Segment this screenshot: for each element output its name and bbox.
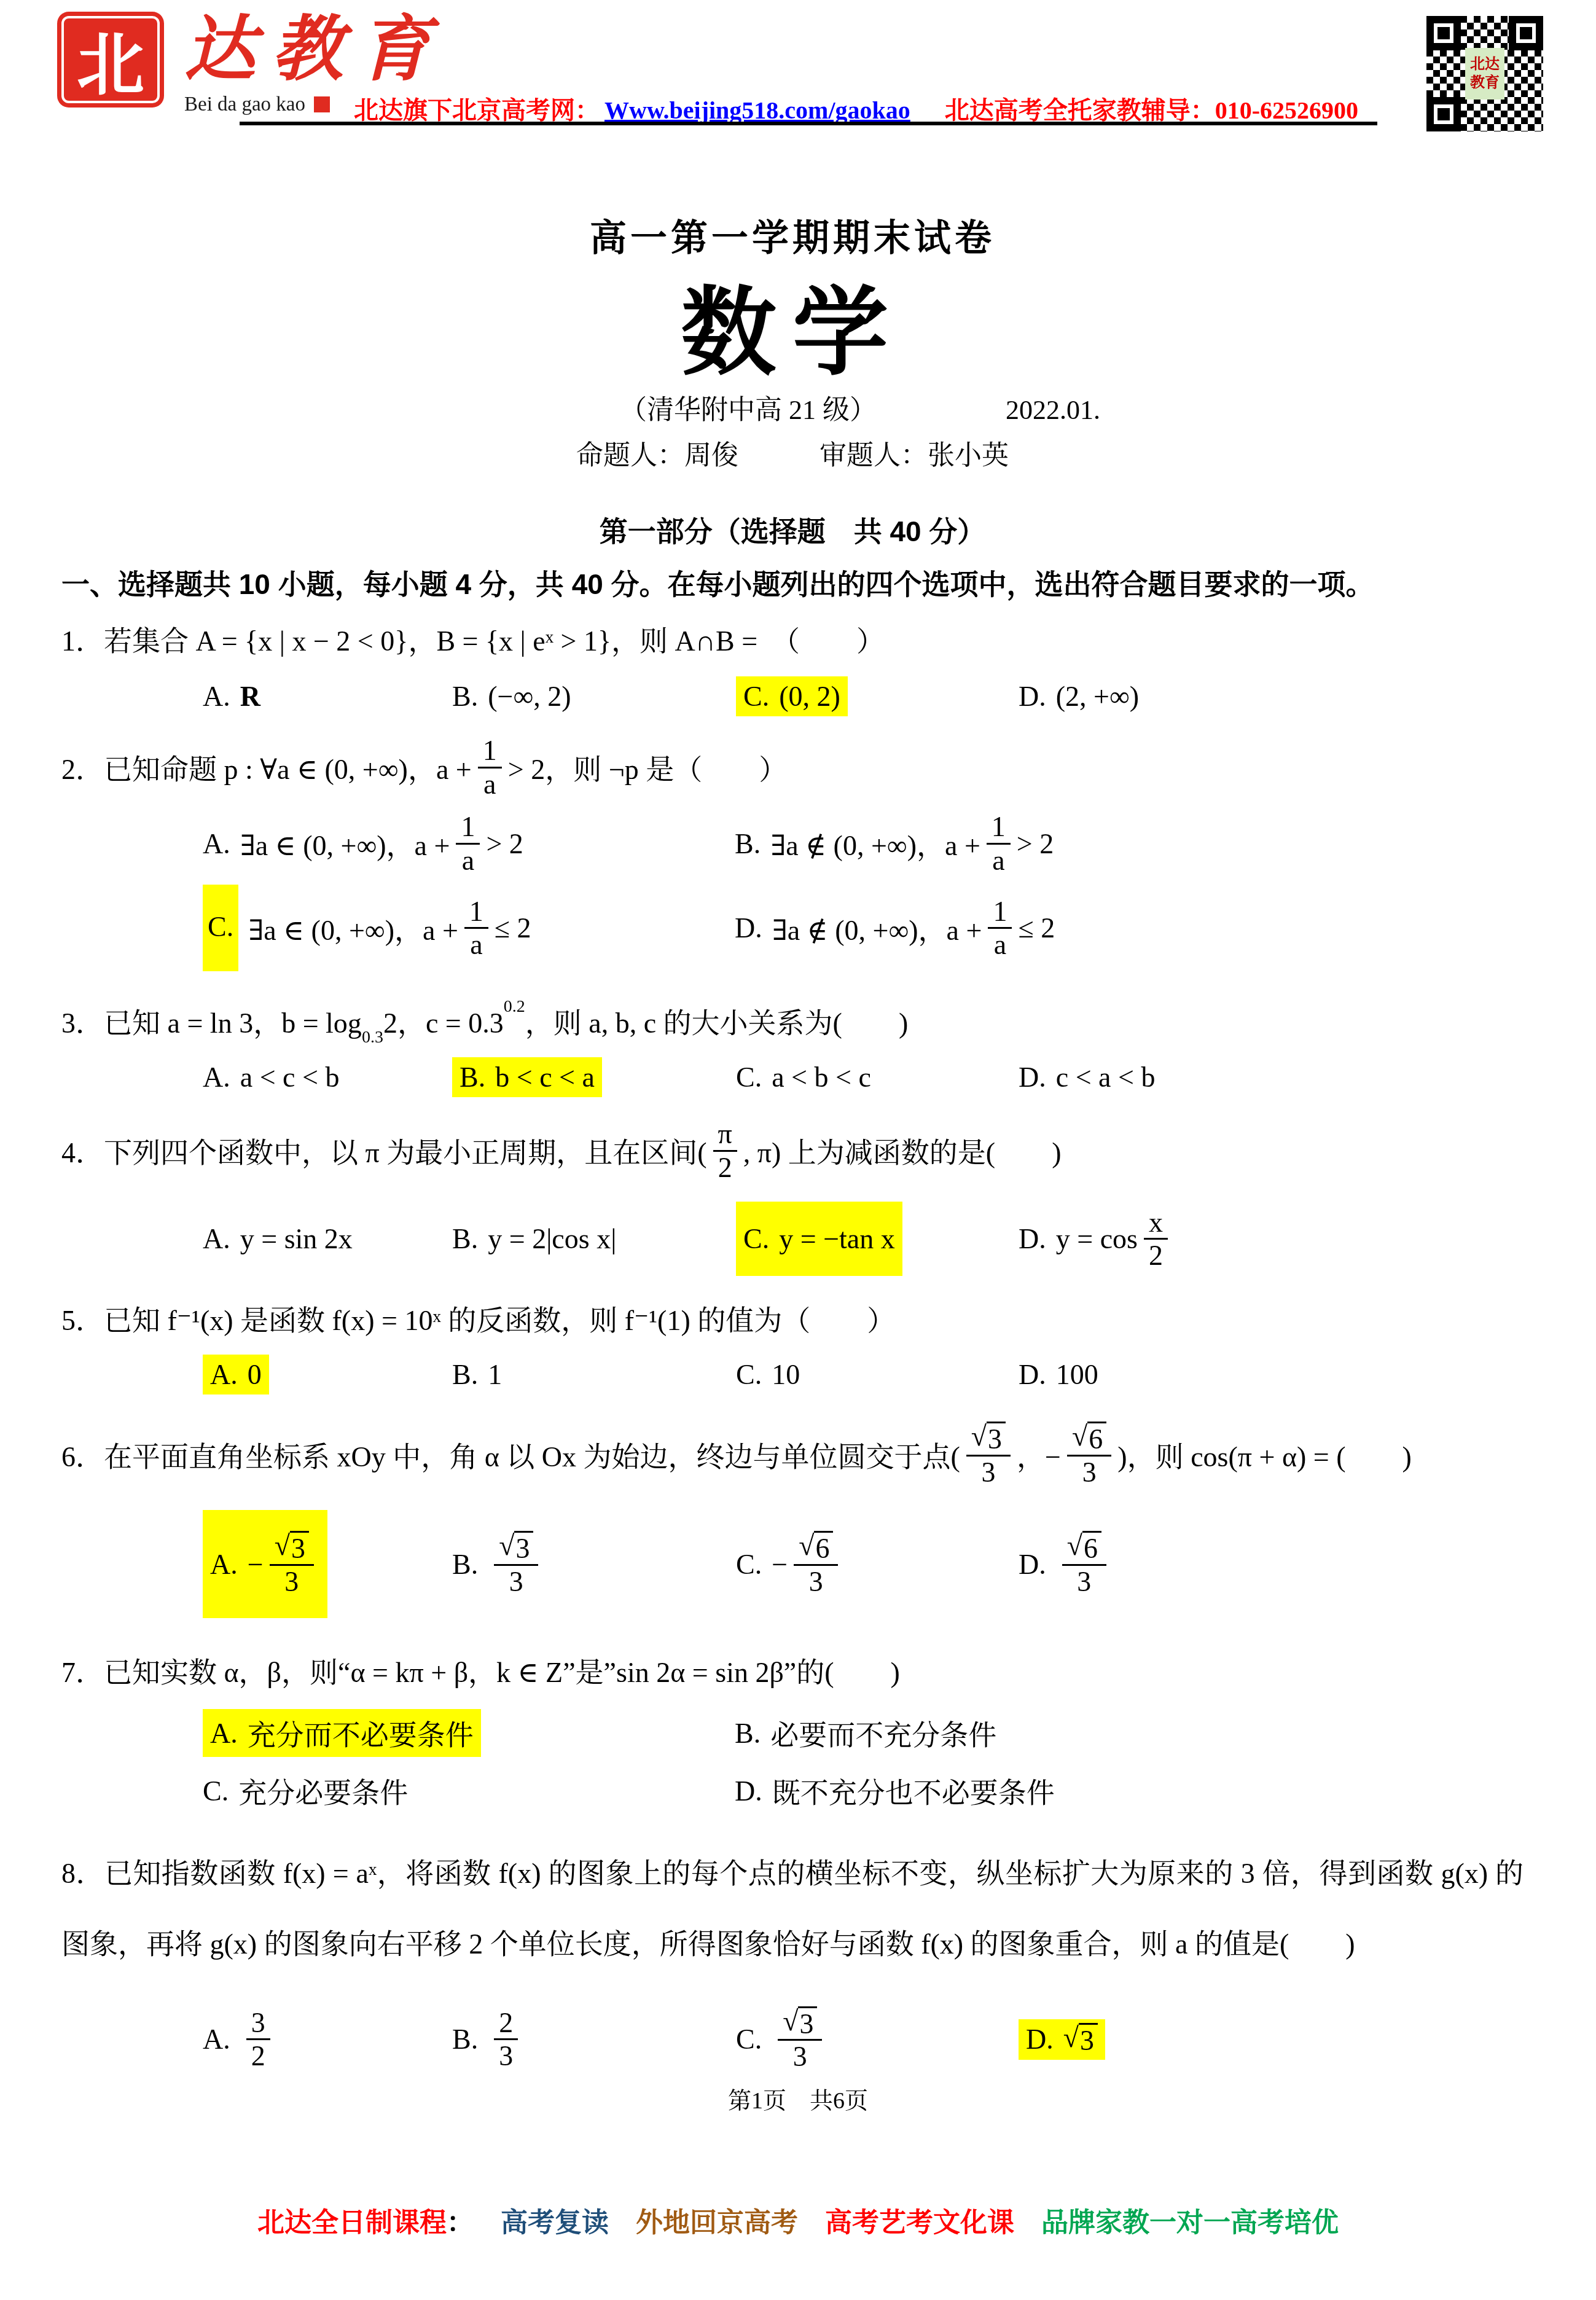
sqrt-sign: √ <box>499 1531 514 1560</box>
q3-stem: 3．已知 a = ln 3，b = log0.3 2，c = 0.30.2，则 … <box>61 1001 1524 1041</box>
option-label: D. <box>1019 1358 1046 1391</box>
option-label: A. <box>210 1548 238 1581</box>
fraction: 1a <box>987 811 1011 876</box>
option-label: B. <box>452 1222 478 1255</box>
option-value: 充分而不必要条件 <box>248 1713 474 1753</box>
promo-item-yikao: 高考艺考文化课 <box>825 2200 1014 2240</box>
exam-page: 北 达教育 Bei da gao kao 北达旗下北京高考网：Www.beiji… <box>0 0 1596 2300</box>
sqrt-expression: √3 <box>275 1531 309 1563</box>
sqrt-expression: √3 <box>499 1531 533 1563</box>
exam-body: 高一第一学期期末试卷 数学 （清华附中高 21 级）2022.01. 命题人：周… <box>0 209 1596 2073</box>
q5-stem: 5．已知 f⁻¹(x) 是函数 f(x) = 10ˣ 的反函数，则 f⁻¹(1)… <box>61 1298 1524 1339</box>
option-label: B. <box>460 1061 485 1093</box>
option-b: B. ∃a ∉ (0, +∞)，a + 1a > 2 <box>735 811 1524 876</box>
qr-finder-icon <box>1509 16 1543 50</box>
option-c: C. ∃a ∈ (0, +∞)，a + 1a ≤ 2 <box>203 885 735 971</box>
minus-sign: − <box>772 1548 788 1581</box>
answer-highlight: A.0 <box>203 1355 269 1394</box>
option-a: A. 32 <box>203 2007 452 2072</box>
option-label: D. <box>735 1775 762 1807</box>
option-label: A. <box>203 680 230 713</box>
option-label: C. <box>736 1548 762 1581</box>
option-a: A.R <box>203 680 452 713</box>
option-d: D. y = cos x2 <box>1019 1207 1524 1272</box>
section-heading-part: 第一部分 <box>600 515 713 547</box>
option-label: B. <box>735 1717 761 1750</box>
sqrt-sign: √ <box>1072 1422 1087 1451</box>
question-5: 5．已知 f⁻¹(x) 是函数 f(x) = 10ˣ 的反函数，则 f⁻¹(1)… <box>61 1298 1524 1394</box>
fraction: 1a <box>464 896 488 961</box>
q7-options-row2: C.充分必要条件 D.既不充分也不必要条件 <box>203 1770 1524 1811</box>
option-label: B. <box>452 1358 478 1391</box>
promo-courses-label: 北达全日制课程： <box>257 2200 474 2240</box>
header-site-label: 北达旗下北京高考网： <box>354 96 600 124</box>
option-label: A. <box>210 1358 238 1391</box>
school-name: （清华附中高 21 级） <box>620 395 877 425</box>
page-header: 北 达教育 Bei da gao kao 北达旗下北京高考网：Www.beiji… <box>0 0 1596 130</box>
sqrt-expression: √3 <box>971 1422 1006 1454</box>
exam-title: 高一第一学期期末试卷 <box>61 209 1524 262</box>
q6-stem: 6．在平面直角坐标系 xOy 中，角 α 以 Ox 为始边，终边与单位圆交于点(… <box>61 1422 1524 1488</box>
option-value: 10 <box>772 1358 800 1391</box>
option-value: b < c < a <box>495 1061 595 1093</box>
option-b: B.必要而不充分条件 <box>735 1713 1524 1753</box>
fraction: √3 3 <box>270 1531 314 1597</box>
option-label: C. <box>203 1775 229 1807</box>
option-label: D. <box>1019 680 1046 713</box>
section-heading: 第一部分（选择题 共 40 分） <box>61 509 1524 550</box>
answer-highlight: B.b < c < a <box>452 1057 602 1097</box>
option-value: y = −tan x <box>779 1222 895 1255</box>
option-value: a < c < b <box>240 1061 340 1093</box>
option-c: C.a < b < c <box>736 1061 1019 1093</box>
option-label: D. <box>1019 1548 1046 1581</box>
q8-options: A. 32 B. 23 C. √3 3 D. √3 <box>203 2006 1524 2073</box>
q7-stem: 7．已知实数 α，β，则“α = kπ + β，k ∈ Z”是”sin 2α =… <box>61 1650 1524 1691</box>
sqrt-sign: √ <box>1067 1531 1082 1560</box>
option-c: C.10 <box>736 1358 1019 1391</box>
option-b: B. √3 3 <box>452 1531 736 1597</box>
q4-stem: 4．下列四个函数中，以 π 为最小正周期，且在区间( π2 , π) 上为减函数… <box>61 1118 1524 1183</box>
answer-highlight: A. − √3 3 <box>203 1510 327 1618</box>
option-a: A.a < c < b <box>203 1061 452 1093</box>
option-label: B. <box>735 827 761 860</box>
q8-stem: 8．已知指数函数 f(x) = aˣ，将函数 f(x) 的图象上的每个点的横坐标… <box>61 1838 1524 1979</box>
school-date-line: （清华附中高 21 级）2022.01. <box>129 388 1591 427</box>
answer-highlight: C.y = −tan x <box>736 1202 902 1276</box>
fraction: √6 3 <box>794 1531 838 1597</box>
log-base: 0.3 <box>362 1028 383 1047</box>
sqrt-expression: √3 <box>783 2006 817 2039</box>
option-value: c < a < b <box>1056 1061 1156 1093</box>
promo-item-huijing: 外地回京高考 <box>636 2200 798 2240</box>
question-1: 1．若集合 A = {x | x − 2 < 0}，B = {x | eˣ > … <box>61 619 1524 716</box>
fraction: √3 3 <box>966 1422 1011 1488</box>
option-a: A. ∃a ∈ (0, +∞)，a + 1a > 2 <box>203 811 735 876</box>
option-label: D. <box>1019 1222 1046 1255</box>
q2-options-row2: C. ∃a ∈ (0, +∞)，a + 1a ≤ 2 D. ∃a ∉ (0, +… <box>203 885 1524 971</box>
header-rule <box>240 122 1377 125</box>
page-number: 第1页 共6页 <box>0 2081 1596 2115</box>
red-square-icon <box>314 96 330 112</box>
qr-code: 北达 教育 <box>1426 16 1543 131</box>
fraction: √6 3 <box>1062 1531 1106 1597</box>
sqrt-expression: √6 <box>799 1531 833 1563</box>
option-label: B. <box>452 680 478 713</box>
option-c: C. √3 3 <box>736 2006 1019 2073</box>
option-value: 既不充分也不必要条件 <box>772 1770 1055 1811</box>
option-d: D. ∃a ∉ (0, +∞)，a + 1a ≤ 2 <box>735 896 1524 961</box>
option-d: D.(2, +∞) <box>1019 680 1524 713</box>
sqrt-sign: √ <box>275 1531 290 1560</box>
option-value: R <box>240 680 260 713</box>
option-d: D.100 <box>1019 1358 1524 1391</box>
option-c: C.y = −tan x <box>736 1202 1019 1276</box>
exponent: 0.2 <box>504 997 525 1017</box>
header-site-link[interactable]: Www.beijing518.com/gaokao <box>604 96 910 124</box>
option-value: 必要而不充分条件 <box>770 1713 996 1753</box>
fraction: √3 3 <box>494 1531 538 1597</box>
fraction: x2 <box>1144 1207 1168 1272</box>
question-6: 6．在平面直角坐标系 xOy 中，角 α 以 Ox 为始边，终边与单位圆交于点(… <box>61 1422 1524 1618</box>
sqrt-sign: √ <box>783 2006 798 2036</box>
option-a: A.充分而不必要条件 <box>203 1709 735 1757</box>
option-label: D. <box>735 912 762 944</box>
option-label: A. <box>203 2023 230 2056</box>
option-value: (0, 2) <box>779 680 840 713</box>
option-a: A.0 <box>203 1355 452 1394</box>
q2-options-row1: A. ∃a ∈ (0, +∞)，a + 1a > 2 B. ∃a ∉ (0, +… <box>203 811 1524 876</box>
exam-date: 2022.01. <box>1006 395 1100 425</box>
authors-line: 命题人：周俊 审题人：张小英 <box>61 433 1524 472</box>
option-value: (−∞, 2) <box>488 680 571 713</box>
q2-stem: 2．已知命题 p : ∀a ∈ (0, +∞)，a + 1a > 2，则 ¬p … <box>61 735 1524 800</box>
option-label: A. <box>210 1717 238 1750</box>
minus-sign: − <box>248 1548 264 1581</box>
sqrt-expression: √6 <box>1072 1422 1106 1454</box>
question-8: 8．已知指数函数 f(x) = aˣ，将函数 f(x) 的图象上的每个点的横坐标… <box>61 1838 1524 2073</box>
option-value: 100 <box>1056 1358 1098 1391</box>
answer-highlight: C. <box>203 885 238 971</box>
option-label: C. <box>736 1358 762 1391</box>
option-label: C. <box>743 680 769 713</box>
section-heading-detail: （选择题 共 40 分） <box>713 515 986 547</box>
fraction: √6 3 <box>1067 1422 1111 1488</box>
option-value: (2, +∞) <box>1056 680 1139 713</box>
option-label: B. <box>452 2023 478 2056</box>
logo-brand-text: 达教育 <box>184 14 446 88</box>
option-c: C.充分必要条件 <box>203 1770 735 1811</box>
option-d: D.c < a < b <box>1019 1061 1524 1093</box>
q4-options: A.y = sin 2x B.y = 2|cos x| C.y = −tan x… <box>203 1202 1524 1276</box>
option-c: C.(0, 2) <box>736 676 1019 716</box>
option-value: a < b < c <box>772 1061 871 1093</box>
fraction: π2 <box>713 1118 737 1183</box>
promo-item-fudu: 高考复读 <box>501 2200 609 2240</box>
option-c: C. − √6 3 <box>736 1531 1019 1597</box>
option-value: y = sin 2x <box>240 1222 353 1255</box>
question-2: 2．已知命题 p : ∀a ∈ (0, +∞)，a + 1a > 2，则 ¬p … <box>61 735 1524 971</box>
option-label: D. <box>1019 1061 1046 1093</box>
sqrt-sign: √ <box>799 1531 814 1560</box>
answer-highlight: A.充分而不必要条件 <box>203 1709 481 1757</box>
option-label: C. <box>743 1222 769 1255</box>
option-label: B. <box>452 1548 478 1581</box>
subject-title: 数学 <box>61 283 1524 384</box>
fraction: 23 <box>494 2007 518 2072</box>
section-intro: 一、选择题共 10 小题，每小题 4 分，共 40 分。在每小题列出的四个选项中… <box>61 562 1524 603</box>
promo-line: 北达全日制课程： 高考复读 外地回京高考 高考艺考文化课 品牌家教一对一高考培优 <box>0 2200 1596 2240</box>
sqrt-sign: √ <box>971 1422 987 1451</box>
option-b: B. 23 <box>452 2007 736 2072</box>
option-d: D.既不充分也不必要条件 <box>735 1770 1524 1811</box>
fraction: 1a <box>478 735 502 800</box>
option-d: D. √3 <box>1019 2019 1524 2059</box>
answer-highlight: C.(0, 2) <box>736 676 848 716</box>
option-d: D. √6 3 <box>1019 1531 1524 1597</box>
header-phone-label: 北达高考全托家教辅导：010-62526900 <box>945 96 1358 124</box>
fraction: 1a <box>456 811 480 876</box>
option-value: y = 2|cos x| <box>488 1222 616 1255</box>
promo-item-jiajiao: 品牌家教一对一高考培优 <box>1041 2200 1339 2240</box>
option-label: C. <box>736 1061 762 1093</box>
q1-stem: 1．若集合 A = {x | x − 2 < 0}，B = {x | eˣ > … <box>61 619 1524 659</box>
option-label: C. <box>736 2023 762 2056</box>
qr-center-badge: 北达 教育 <box>1465 48 1504 100</box>
qr-finder-icon <box>1426 97 1461 131</box>
qr-finder-icon <box>1426 16 1461 50</box>
option-b: B.1 <box>452 1358 736 1391</box>
option-b: B.b < c < a <box>452 1057 736 1097</box>
question-3: 3．已知 a = ln 3，b = log0.3 2，c = 0.30.2，则 … <box>61 1001 1524 1097</box>
option-label: A. <box>203 1222 230 1255</box>
option-label: A. <box>203 827 230 860</box>
q1-options: A.R B.(−∞, 2) C.(0, 2) D.(2, +∞) <box>203 676 1524 716</box>
option-label: A. <box>203 1061 230 1093</box>
option-a: A.y = sin 2x <box>203 1222 452 1255</box>
logo-stamp-icon: 北 <box>61 16 160 103</box>
sqrt-expression: √3 <box>1063 2023 1098 2056</box>
fraction: √3 3 <box>778 2006 822 2073</box>
fraction: 1a <box>988 896 1012 961</box>
question-7: 7．已知实数 α，β，则“α = kπ + β，k ∈ Z”是”sin 2α =… <box>61 1650 1524 1811</box>
question-4: 4．下列四个函数中，以 π 为最小正周期，且在区间( π2 , π) 上为减函数… <box>61 1118 1524 1276</box>
q7-options-row1: A.充分而不必要条件 B.必要而不充分条件 <box>203 1709 1524 1757</box>
option-b: B.y = 2|cos x| <box>452 1222 736 1255</box>
option-value: 充分必要条件 <box>238 1770 408 1811</box>
option-value: 1 <box>488 1358 502 1391</box>
option-value: 0 <box>248 1358 262 1391</box>
option-a: A. − √3 3 <box>203 1510 452 1618</box>
sqrt-sign: √ <box>1063 2023 1079 2052</box>
q3-options: A.a < c < b B.b < c < a C.a < b < c D.c … <box>203 1057 1524 1097</box>
answer-highlight: D. √3 <box>1019 2019 1105 2059</box>
q6-options: A. − √3 3 B. √3 3 <box>203 1510 1524 1618</box>
q5-options: A.0 B.1 C.10 D.100 <box>203 1355 1524 1394</box>
sqrt-expression: √6 <box>1067 1531 1101 1563</box>
fraction: 32 <box>246 2007 270 2072</box>
logo-stamp-char: 北 <box>77 11 144 108</box>
header-contact-line: 北达旗下北京高考网：Www.beijing518.com/gaokao北达高考全… <box>354 91 1358 126</box>
option-label: D. <box>1026 2023 1054 2056</box>
option-b: B.(−∞, 2) <box>452 680 736 713</box>
